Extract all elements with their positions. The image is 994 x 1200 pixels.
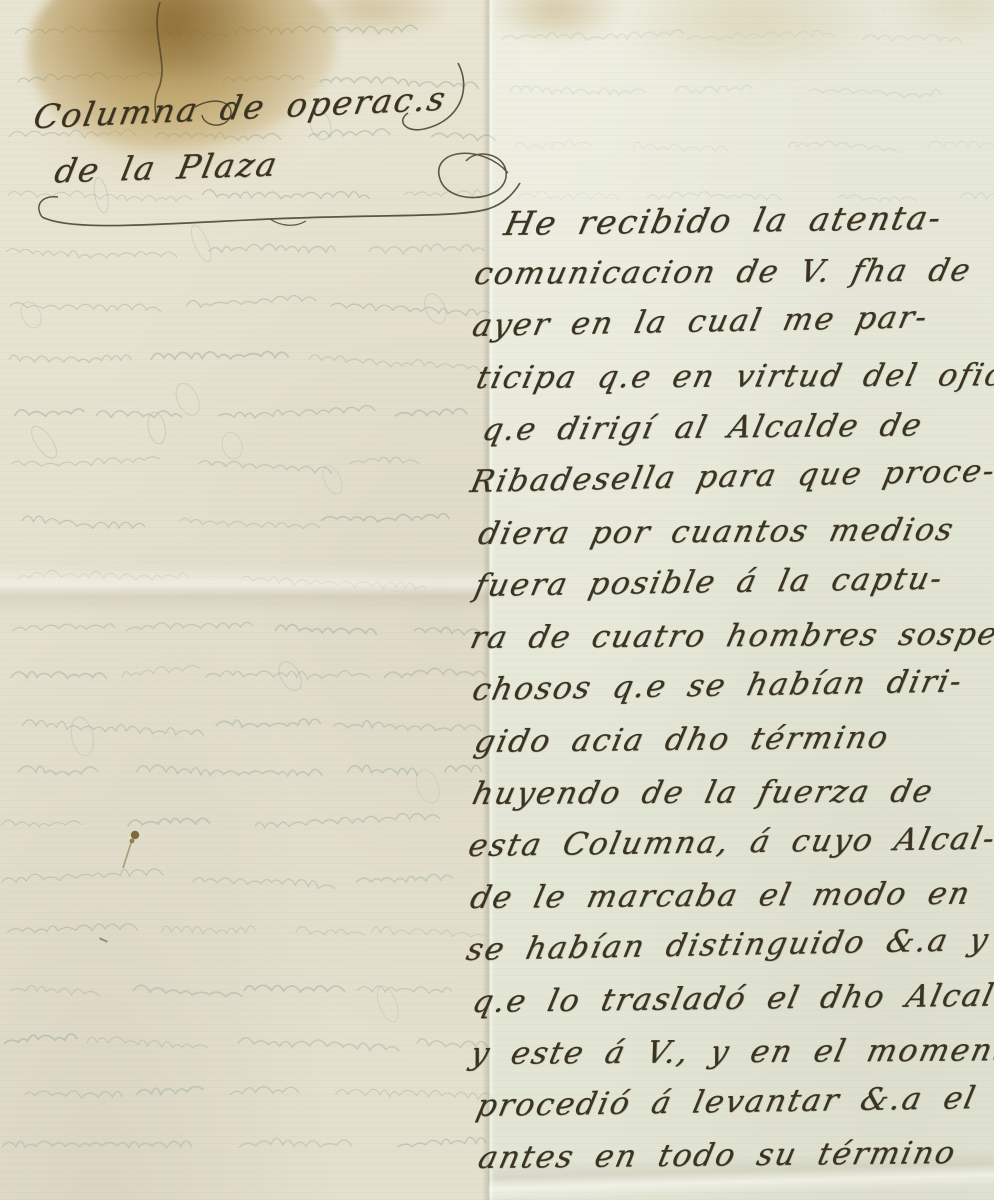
letter-line: He recibido la atenta-: [501, 198, 947, 243]
letter-line: diera por cuantos medios: [475, 512, 958, 552]
letter-line: huyendo de la fuerza de: [469, 774, 938, 812]
letter-line: y este á V., y en el momento: [467, 1032, 994, 1072]
letter-line: q.e dirigí al Alcalde de: [479, 407, 927, 448]
letter-line: comunicacion de V. fha de: [471, 253, 975, 292]
letter-line: ticipa q.e en virtud del oficio: [473, 357, 994, 396]
heading-line-2: de la Plaza: [51, 145, 282, 191]
letter-line: gido acia dho término: [471, 720, 893, 760]
letter-line: antes en todo su término: [475, 1135, 960, 1176]
letter-line: q.e lo trasladó el dho Alcalde: [469, 977, 994, 1020]
letter-line: de le marcaba el modo en: [467, 876, 975, 916]
letter-line: fuera posible á la captu-: [471, 561, 947, 604]
letter-line: ra de cuatro hombres sospe-: [467, 616, 994, 656]
letter-line: esta Columna, á cuyo Alcal-: [465, 821, 994, 864]
